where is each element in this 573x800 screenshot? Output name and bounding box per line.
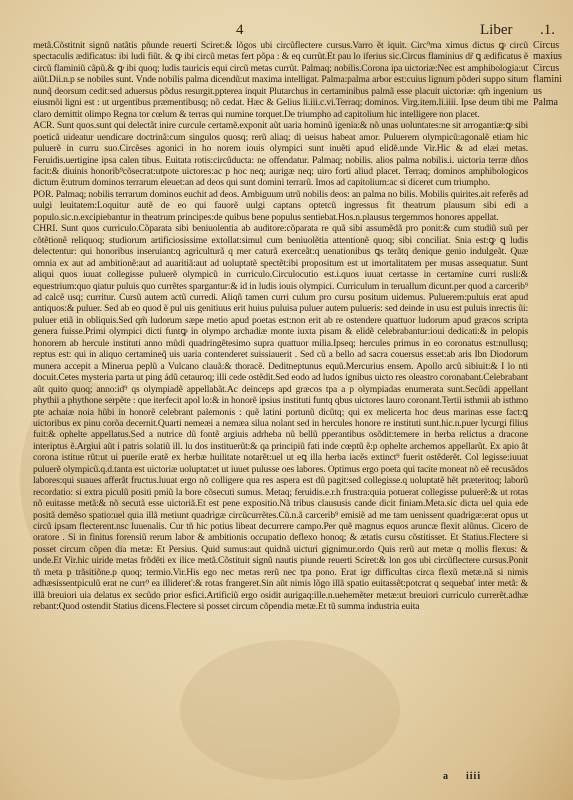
- paragraph: metã.Cõstitnit signũ natãtis pñunde reue…: [33, 40, 528, 120]
- paragraph: ACR. Sunt quos.sunt qui delectãt inire c…: [33, 120, 528, 189]
- margin-note: us: [533, 86, 573, 97]
- signature-number: iiii: [466, 771, 481, 782]
- water-stain: [180, 640, 400, 780]
- paragraph: POR. Palmaq; nobilis terrarum dominos eu…: [33, 189, 528, 223]
- signature-letter: a: [443, 771, 448, 782]
- margin-note: Circus: [533, 63, 573, 74]
- margin-notes: Circus maxius Circus flamini us Palma: [533, 40, 573, 108]
- folio-number: 4: [236, 22, 244, 39]
- page-header: 4 Liber .1.: [0, 22, 573, 42]
- parchment-page: 4 Liber .1. metã.Cõstitnit signũ natãtis…: [0, 0, 573, 800]
- main-text-block: metã.Cõstitnit signũ natãtis pñunde reue…: [33, 40, 528, 613]
- running-head: Liber: [480, 22, 512, 39]
- margin-note: Circus: [533, 40, 573, 51]
- paragraph: CHRI. Sunt quos curriculo.Cõparata sibi …: [33, 223, 528, 612]
- margin-note: maxius: [533, 51, 573, 62]
- margin-note: flamini: [533, 74, 573, 85]
- book-number: .1.: [540, 22, 555, 39]
- margin-note: Palma: [533, 97, 573, 108]
